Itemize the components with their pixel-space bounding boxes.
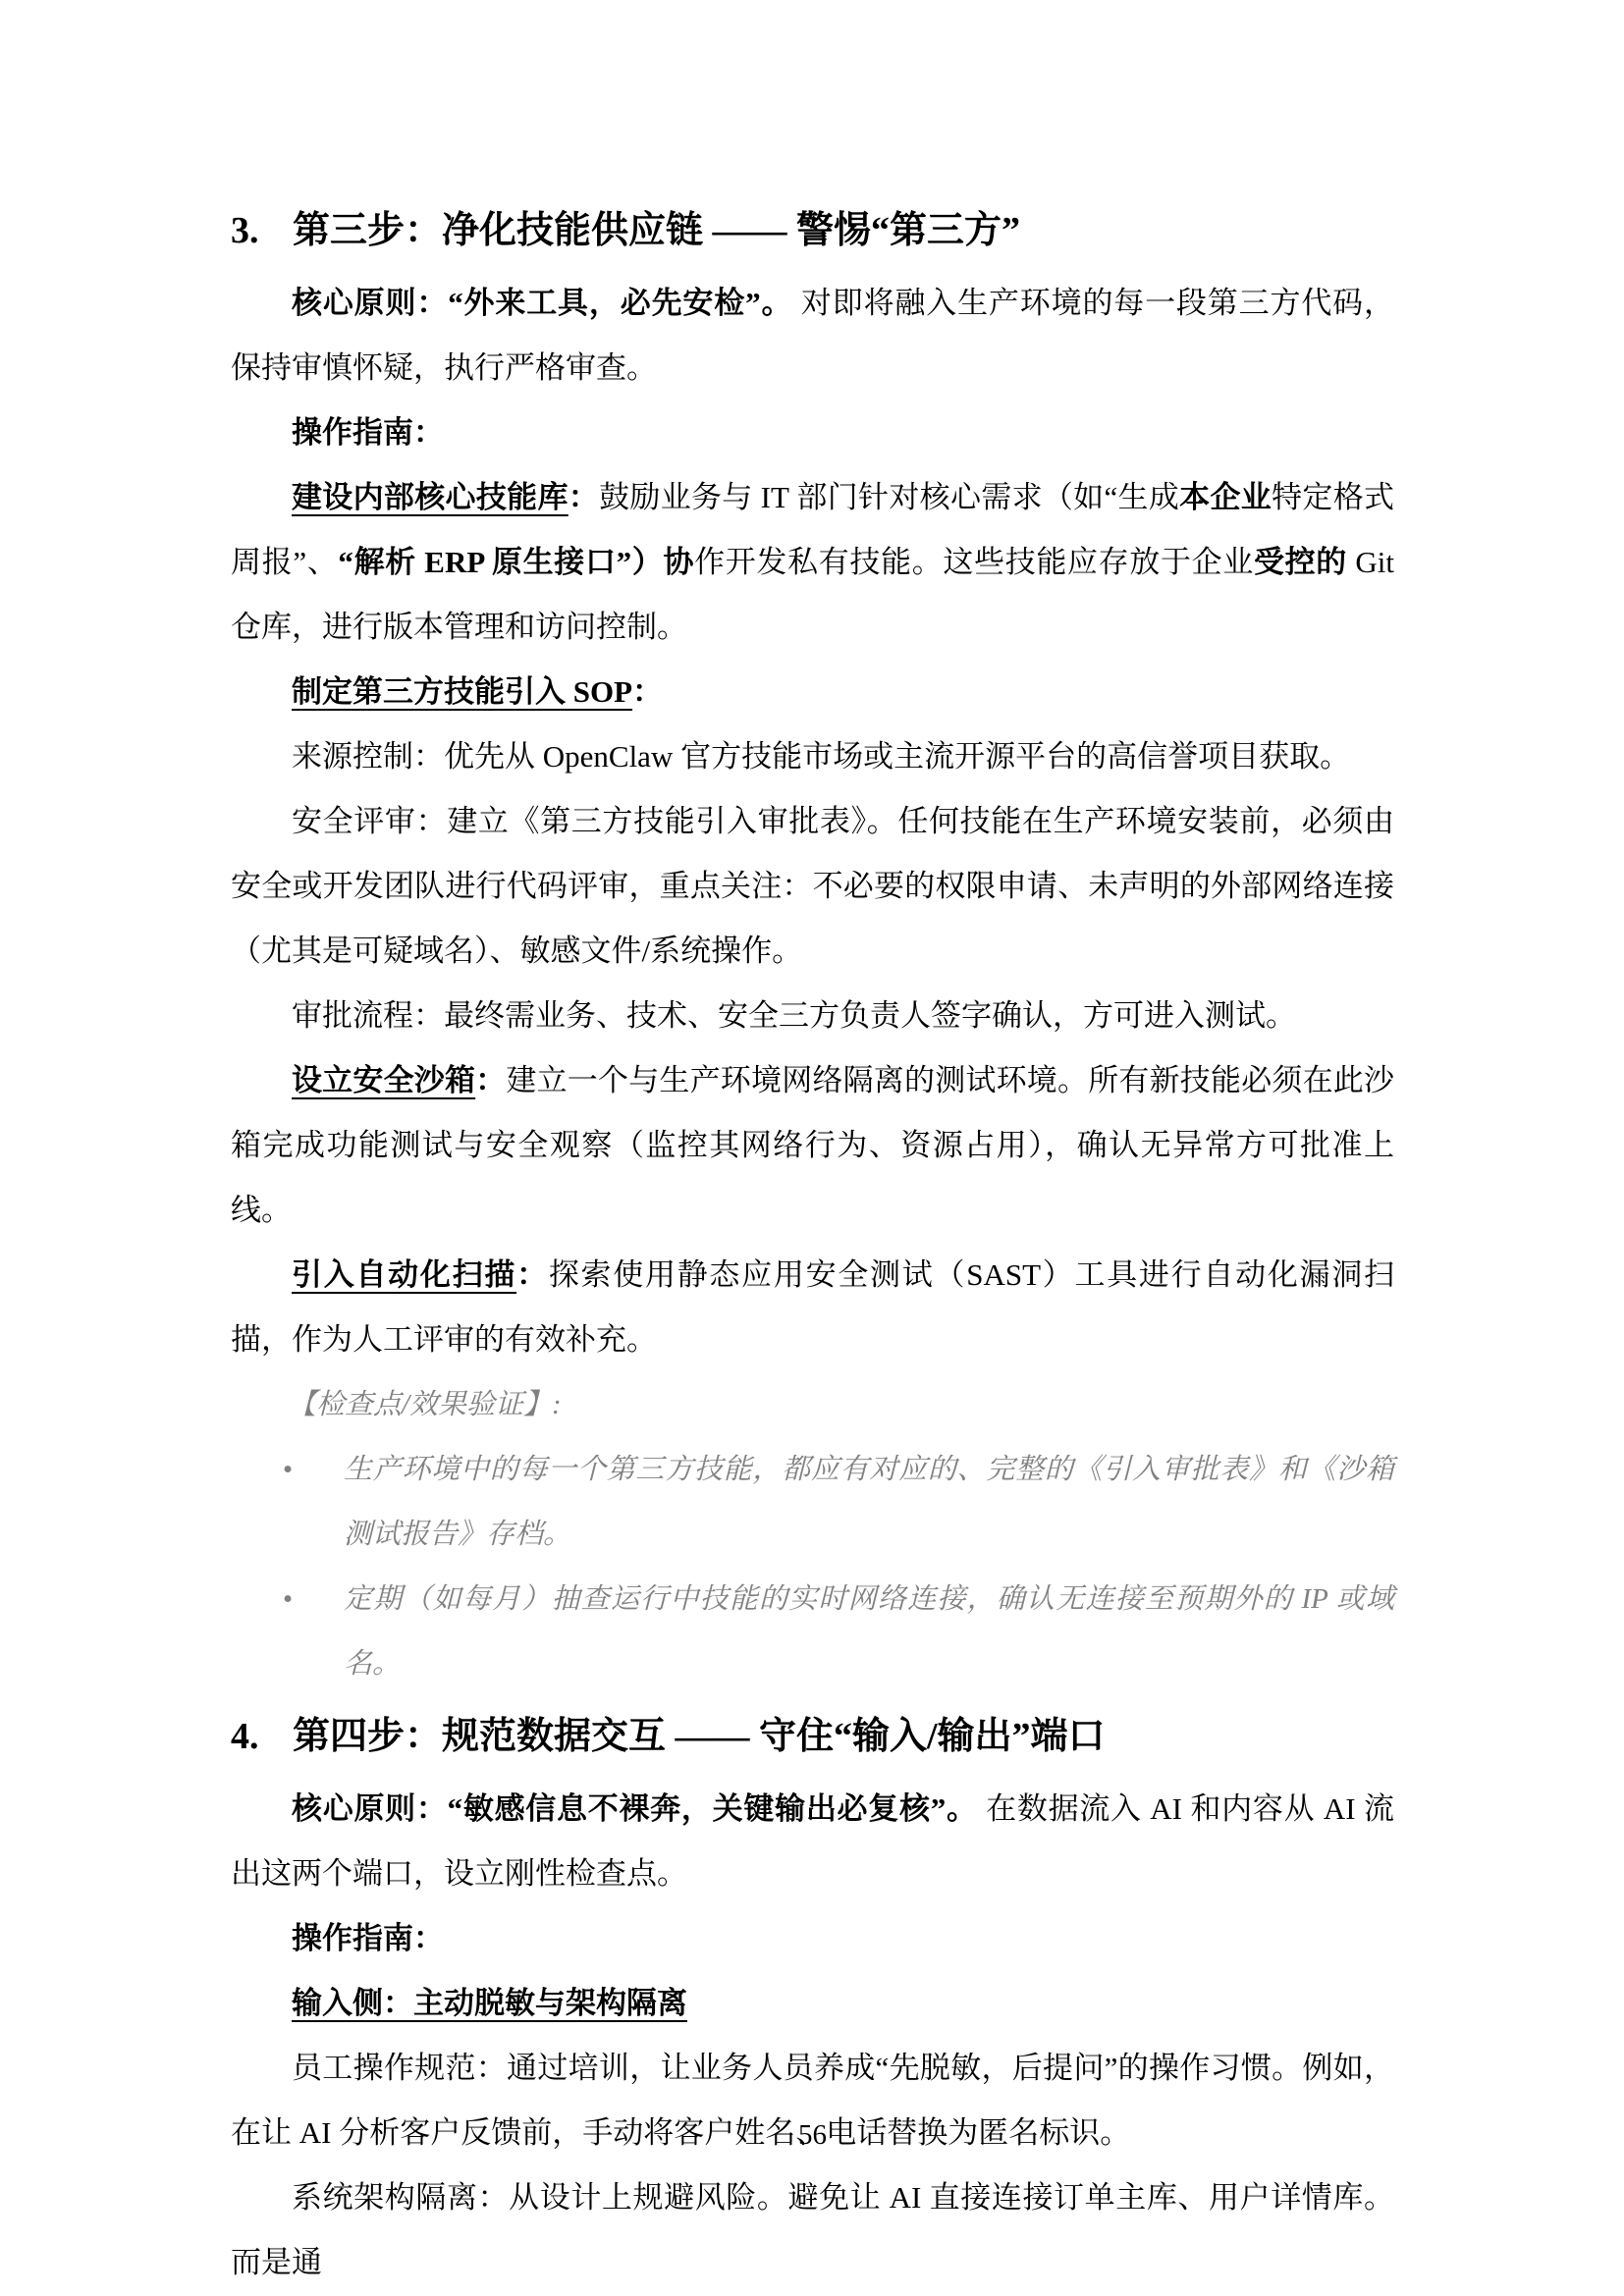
build-repo-lead: 建设内部核心技能库 [292, 480, 568, 514]
core-principle-4-lead: 核心原则：“敏感信息不裸奔，关键输出必复核”。 [292, 1791, 978, 1826]
build-repo-run-3: 作开发私有技能。这些技能应存放于企业 [694, 545, 1254, 579]
section-4-heading: 4.第四步：规范数据交互 —— 守住“输入/输出”端口 [231, 1704, 1394, 1769]
sandbox-colon: ： [475, 1063, 506, 1097]
build-repo-colon: ： [568, 480, 599, 514]
section-3-heading: 3.第三步：净化技能供应链 —— 警惕“第三方” [231, 198, 1394, 263]
section-3-title: 第三步：净化技能供应链 —— 警惕“第三方” [293, 210, 1020, 251]
source-control-paragraph: 来源控制：优先从 OpenClaw 官方技能市场或主流开源平台的高信誉项目获取。 [231, 724, 1394, 789]
auto-scan-colon: ： [516, 1257, 549, 1292]
sop-lead: 制定第三方技能引入 SOP [292, 674, 632, 709]
section-4-number: 4. [231, 1704, 293, 1769]
approval-flow-paragraph: 审批流程：最终需业务、技术、安全三方负责人签字确认，方可进入测试。 [231, 984, 1394, 1048]
input-side-lead: 输入侧：主动脱敏与架构隔离 [292, 1986, 687, 2020]
auto-scan-lead: 引入自动化扫描 [292, 1257, 516, 1292]
bullet-icon: • [283, 1437, 293, 1502]
checkpoint-bullet: •定期（如每月）抽查运行中技能的实时网络连接，确认无连接至预期外的 IP 或域名… [344, 1567, 1394, 1696]
third-party-sop-heading: 制定第三方技能引入 SOP： [231, 660, 1394, 724]
input-side-heading: 输入侧：主动脱敏与架构隔离 [231, 1971, 1394, 2036]
build-repo-bold-3: 受控的 [1254, 545, 1347, 579]
section-4-operation-guide-label: 操作指南： [231, 1906, 1394, 1971]
sandbox-paragraph: 设立安全沙箱：建立一个与生产环境网络隔离的测试环境。所有新技能必须在此沙箱完成功… [231, 1048, 1394, 1243]
section-3-operation-guide-label: 操作指南： [231, 400, 1394, 465]
section-3-core-principle: 核心原则：“外来工具，必先安检”。 对即将融入生产环境的每一段第三方代码，保持审… [231, 271, 1394, 400]
core-principle-3-lead: 核心原则：“外来工具，必先安检”。 [292, 286, 792, 320]
document-page: 3.第三步：净化技能供应链 —— 警惕“第三方” 核心原则：“外来工具，必先安检… [0, 0, 1624, 2296]
security-review-paragraph: 安全评审：建立《第三方技能引入审批表》。任何技能在生产环境安装前，必须由安全或开… [231, 789, 1394, 984]
section-4-core-principle: 核心原则：“敏感信息不裸奔，关键输出必复核”。 在数据流入 AI 和内容从 AI… [231, 1777, 1394, 1906]
auto-scan-paragraph: 引入自动化扫描：探索使用静态应用安全测试（SAST）工具进行自动化漏洞扫描，作为… [231, 1243, 1394, 1372]
section-3-number: 3. [231, 198, 293, 263]
build-internal-skill-repo-paragraph: 建设内部核心技能库：鼓励业务与 IT 部门针对核心需求（如“生成本企业特定格式周… [231, 465, 1394, 660]
checkpoint-bullet: •生产环境中的每一个第三方技能，都应有对应的、完整的《引入审批表》和《沙箱测试报… [344, 1437, 1394, 1567]
sandbox-lead: 设立安全沙箱 [292, 1063, 475, 1097]
sop-colon: ： [632, 674, 663, 709]
bullet-icon: • [283, 1567, 293, 1631]
checkpoint-bullet-text: 定期（如每月）抽查运行中技能的实时网络连接，确认无连接至预期外的 IP 或域名。 [344, 1583, 1394, 1680]
checkpoint-bullet-text: 生产环境中的每一个第三方技能，都应有对应的、完整的《引入审批表》和《沙箱测试报告… [344, 1454, 1394, 1550]
section-4-title: 第四步：规范数据交互 —— 守住“输入/输出”端口 [293, 1716, 1106, 1757]
build-repo-bold-2: “解析 ERP 原生接口”）协 [338, 545, 694, 579]
document-body: 3.第三步：净化技能供应链 —— 警惕“第三方” 核心原则：“外来工具，必先安检… [231, 190, 1394, 2295]
page-number: 56 [231, 2103, 1394, 2167]
build-repo-bold-1: 本企业 [1179, 480, 1272, 514]
build-repo-run-1: 鼓励业务与 IT 部门针对核心需求（如“生成 [599, 480, 1179, 514]
system-architecture-paragraph: 系统架构隔离：从设计上规避风险。避免让 AI 直接连接订单主库、用户详情库。而是… [231, 2165, 1394, 2295]
checkpoint-header: 【检查点/效果验证】: [231, 1372, 1394, 1437]
